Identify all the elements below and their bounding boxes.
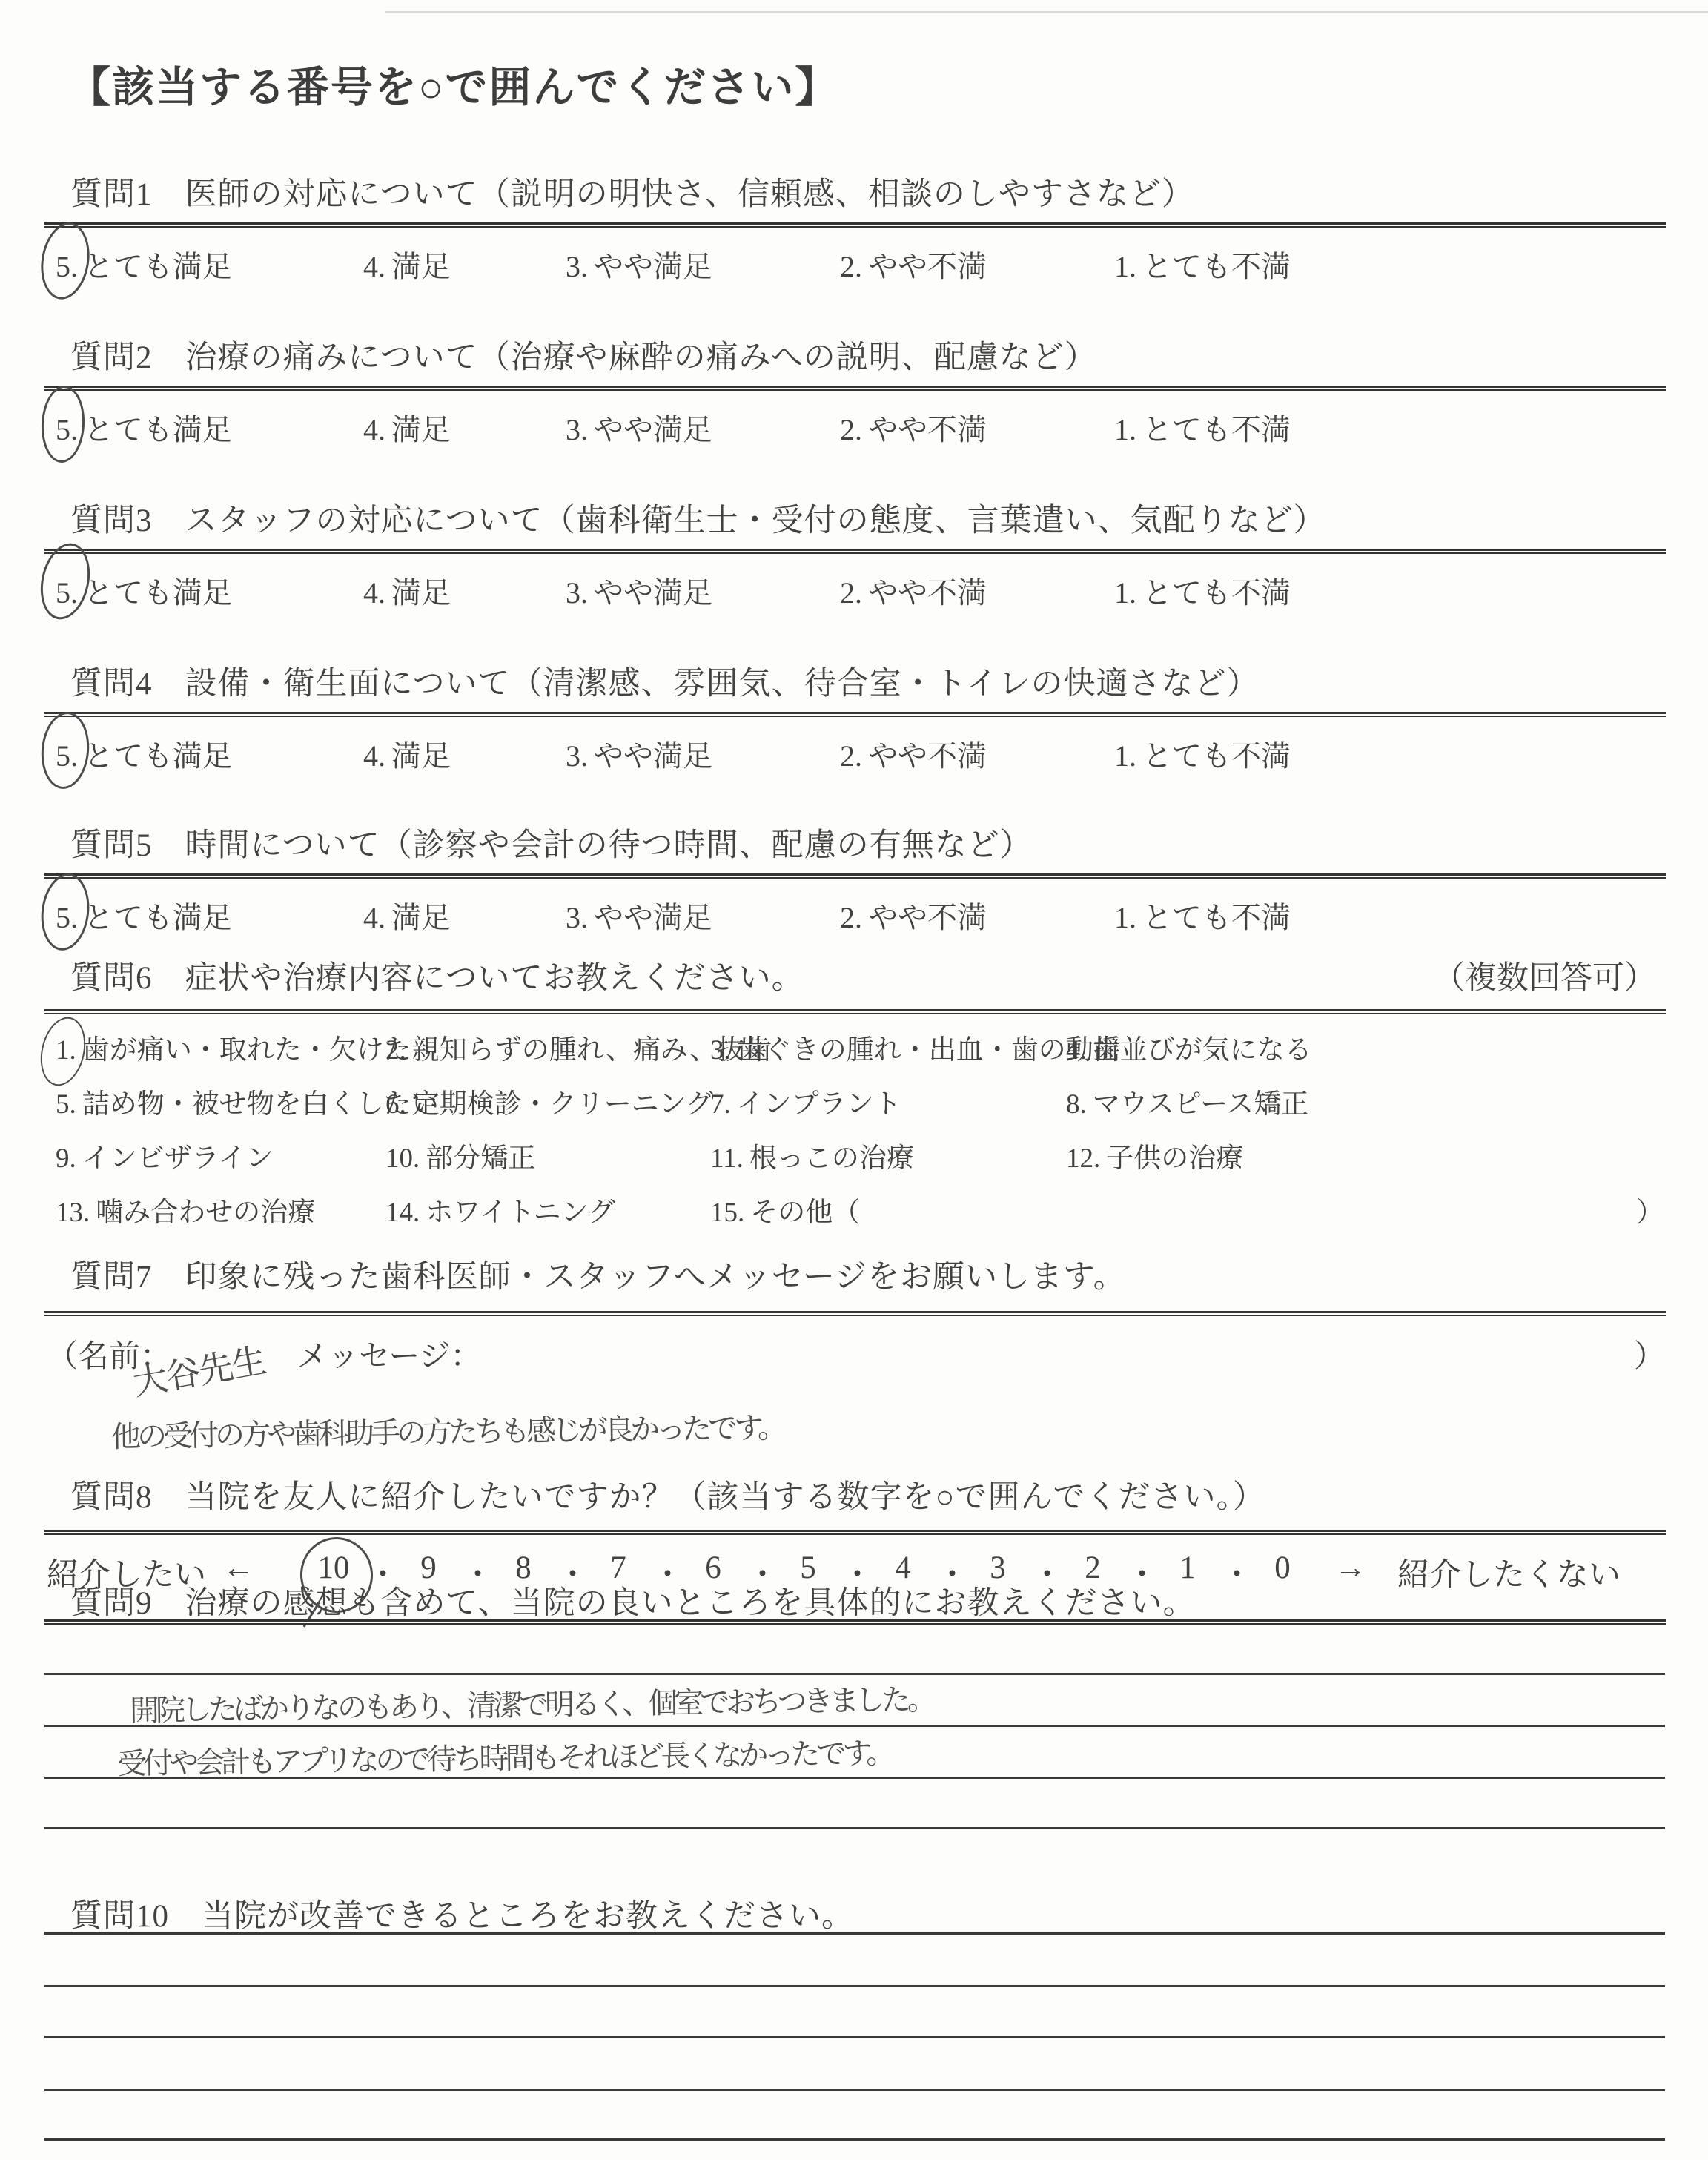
option-number: 1. [1114,576,1136,610]
treatment-option-12: 12.子供の治療 [1066,1135,1664,1189]
treatment-option-7: 7.インプラント [710,1081,1066,1135]
handwritten-message: 他の受付の方や歯科助手の方たちも感じが良かったです。 [111,1404,784,1456]
option-label: マウスピース矯正 [1093,1089,1309,1120]
writing-line [44,1985,1665,1987]
message-field-label: メッセージ： [297,1332,481,1376]
option-number: 15. [710,1198,744,1228]
option-number: 2. [840,576,862,610]
option-label: やや満足 [594,413,712,446]
treatment-option-10: 10.部分矯正 [385,1135,710,1189]
option-very-dissatisfied: 1.とても不満 [1114,733,1291,775]
option-number: 4. [363,739,385,773]
treatment-option-5: 5.詰め物・被せ物を白くしたい [56,1081,385,1135]
writing-line [44,2089,1665,2091]
option-somewhat-dissatisfied: 2.やや不満 [840,406,987,449]
writing-line [44,2036,1665,2038]
scale-separator: ・ [1221,1550,1243,1595]
option-number: 3. [566,576,588,610]
option-somewhat-satisfied: 3.やや満足 [566,569,712,612]
question-4-title: 質問4 設備・衛生面について（清潔感、雰囲気、待合室・トイレの快適さなど） [70,658,1260,704]
option-somewhat-dissatisfied: 2.やや不満 [840,243,987,285]
section-divider [44,1530,1666,1535]
questionnaire-page: 【該当する番号を○で囲んでください】 質問1 医師の対応について（説明の明快さ、… [0,0,1708,2160]
option-number: 2. [840,413,862,446]
option-somewhat-dissatisfied: 2.やや不満 [840,733,987,775]
writing-line [44,2138,1665,2141]
option-number: 4. [363,576,385,610]
handwritten-comment-line-1: 開院したばかりなのもあり、清潔で明るく、個室でおちつきました。 [130,1676,934,1729]
question-8-title: 質問8 当院を友人に紹介したいですか？（該当する数字を○で囲んでください。） [70,1472,1265,1517]
option-label: ホワイトニング [426,1198,615,1228]
handwritten-circle [39,710,93,790]
scale-number-0: 0 [1257,1550,1308,1586]
question-3-title: 質問3 スタッフの対応について（歯科衛生士・受付の態度、言葉遣い、気配りなど） [70,495,1326,541]
option-label: 満足 [391,739,451,773]
question-2-title: 質問2 治療の痛みについて（治療や麻酔の痛みへの説明、配慮など） [70,332,1097,377]
option-label: とても満足 [84,901,232,934]
option-satisfied: 4.満足 [363,733,451,775]
option-very-dissatisfied: 1.とても不満 [1114,569,1291,612]
handwritten-circle [39,385,86,464]
option-somewhat-dissatisfied: 2.やや不満 [840,894,987,937]
option-satisfied: 4.満足 [363,894,451,937]
multiple-answers-note: （複数回答可） [1433,953,1656,998]
option-number: 10. [385,1143,420,1174]
option-number: 4. [363,250,385,283]
option-label: 満足 [391,576,451,610]
option-number: 3. [566,739,588,773]
option-number: 11. [710,1143,744,1174]
treatment-option-15-other: 15.その他（ ） [710,1189,1664,1244]
close-paren: ） [1634,1332,1665,1376]
treatment-option-13: 13.噛み合わせの治療 [56,1189,385,1244]
question-9-title: 質問9 治療の感想も含めて、当院の良いところを具体的にお教えください。 [70,1578,1196,1623]
scan-artifact-line [385,11,1708,13]
option-number: 4. [363,901,385,934]
treatment-option-1: 1.歯が痛い・取れた・欠けた [56,1027,385,1081]
option-label: 満足 [391,250,451,283]
option-label: やや不満 [868,250,987,283]
section-divider [44,386,1666,391]
option-label: 根っこの治療 [749,1143,914,1174]
option-number: 1. [1114,901,1136,934]
handwritten-comment-line-2: 受付や会計もアプリなので待ち時間もそれほど長くなかったです。 [117,1730,893,1783]
option-number: 1. [1114,250,1136,283]
option-very-dissatisfied: 1.とても不満 [1114,406,1291,449]
option-number: 7. [710,1089,731,1120]
writing-line [44,1827,1665,1829]
section-divider [44,549,1666,554]
option-number: 8. [1066,1089,1087,1120]
section-divider [44,1311,1666,1316]
option-number: 14. [385,1198,420,1228]
option-label: 歯並びが気になる [1093,1035,1312,1066]
option-label: とても満足 [84,739,232,773]
option-number: 3. [710,1035,731,1066]
option-number: 2. [840,250,862,283]
option-label: 部分矯正 [426,1143,535,1174]
option-label: とても不満 [1142,576,1291,610]
option-label: インビザライン [82,1143,274,1174]
question-5-title: 質問5 時間について（診察や会計の待つ時間、配慮の有無など） [70,820,1033,865]
option-number: 4. [363,413,385,446]
section-divider [44,712,1666,717]
option-somewhat-dissatisfied: 2.やや不満 [840,569,987,612]
option-label: 歯ぐきの腫れ・出血・歯の動揺 [737,1035,1121,1066]
option-label: やや満足 [594,576,712,610]
not-recommend-label: 紹介したくない [1397,1550,1621,1595]
option-somewhat-satisfied: 3.やや満足 [566,243,712,285]
option-number: 9. [56,1143,76,1174]
option-other-close-paren: ） [1636,1189,1664,1244]
treatment-option-3: 3.歯ぐきの腫れ・出血・歯の動揺 [710,1027,1066,1081]
option-satisfied: 4.満足 [363,243,451,285]
option-label: 歯が痛い・取れた・欠けた [82,1035,411,1066]
option-label: やや不満 [868,576,987,610]
handwritten-circle [36,219,94,303]
option-somewhat-satisfied: 3.やや満足 [566,406,712,449]
option-label: 子供の治療 [1106,1143,1243,1174]
option-label: 満足 [391,901,451,934]
option-somewhat-satisfied: 3.やや満足 [566,733,712,775]
option-very-dissatisfied: 1.とても不満 [1114,894,1291,937]
option-number: 13. [56,1198,90,1228]
option-number: 1. [1114,739,1136,773]
option-label: 噛み合わせの治療 [96,1198,315,1228]
option-label: とても不満 [1142,901,1291,934]
question-7-title: 質問7 印象に残った歯科医師・スタッフへメッセージをお願いします。 [70,1252,1126,1297]
option-label: やや不満 [868,413,987,446]
option-number: 5. [56,1089,76,1120]
option-label: とても満足 [84,413,232,446]
section-divider [44,873,1666,879]
option-number: 2. [385,1035,406,1066]
section-divider [44,1619,1666,1625]
treatment-option-8: 8.マウスピース矯正 [1066,1081,1664,1135]
option-label: とても満足 [84,576,232,610]
section-divider [44,1009,1666,1014]
option-number: 1. [1114,413,1136,446]
option-label: やや満足 [594,739,712,773]
treatment-option-2: 2.親知らずの腫れ、痛み、抜歯 [385,1027,710,1081]
option-label: やや不満 [868,901,987,934]
option-number: 3. [566,901,588,934]
writing-line [44,1673,1665,1675]
option-somewhat-satisfied: 3.やや満足 [566,894,712,937]
question-10-title: 質問10 当院が改善できるところをお教えください。 [70,1891,854,1936]
option-label: インプラント [737,1089,901,1120]
option-label: とても不満 [1142,413,1291,446]
option-label: とても不満 [1142,250,1291,283]
option-label: とても不満 [1142,739,1291,773]
question-6-title: 質問6 症状や治療内容についてお教えください。 [70,953,804,998]
treatment-options-grid: 1.歯が痛い・取れた・欠けた 2.親知らずの腫れ、痛み、抜歯 3.歯ぐきの腫れ・… [56,1027,1664,1244]
writing-line [44,1932,1665,1935]
option-label: やや満足 [594,901,712,934]
option-label: 定期検診・クリーニング [412,1089,713,1120]
option-label: やや満足 [594,250,712,283]
option-number: 2. [840,739,862,773]
treatment-option-4: 4.歯並びが気になる [1066,1027,1664,1081]
option-number: 3. [566,413,588,446]
section-divider [44,222,1666,228]
option-label: とても満足 [84,250,232,283]
page-title: 【該当する番号を○で囲んでください】 [68,53,838,114]
treatment-option-14: 14.ホワイトニング [385,1189,710,1244]
option-satisfied: 4.満足 [363,406,451,449]
option-number: 4. [1066,1035,1087,1066]
option-number: 3. [566,250,588,283]
option-number: 6. [385,1089,406,1120]
option-satisfied: 4.満足 [363,569,451,612]
right-arrow: → [1334,1550,1366,1586]
treatment-option-6: 6.定期検診・クリーニング [385,1081,710,1135]
option-number: 12. [1066,1143,1100,1174]
option-other-open: 15.その他（ [710,1189,860,1244]
treatment-option-11: 11.根っこの治療 [710,1135,1066,1189]
option-label: その他（ [750,1198,860,1228]
question-1-title: 質問1 医師の対応について（説明の明快さ、信頼感、相談のしやすさなど） [70,169,1194,214]
handwritten-circle [37,871,93,953]
option-number: 2. [840,901,862,934]
option-label: やや不満 [868,739,987,773]
treatment-option-9: 9.インビザライン [56,1135,385,1189]
option-label: 満足 [391,413,451,446]
option-very-dissatisfied: 1.とても不満 [1114,243,1291,285]
